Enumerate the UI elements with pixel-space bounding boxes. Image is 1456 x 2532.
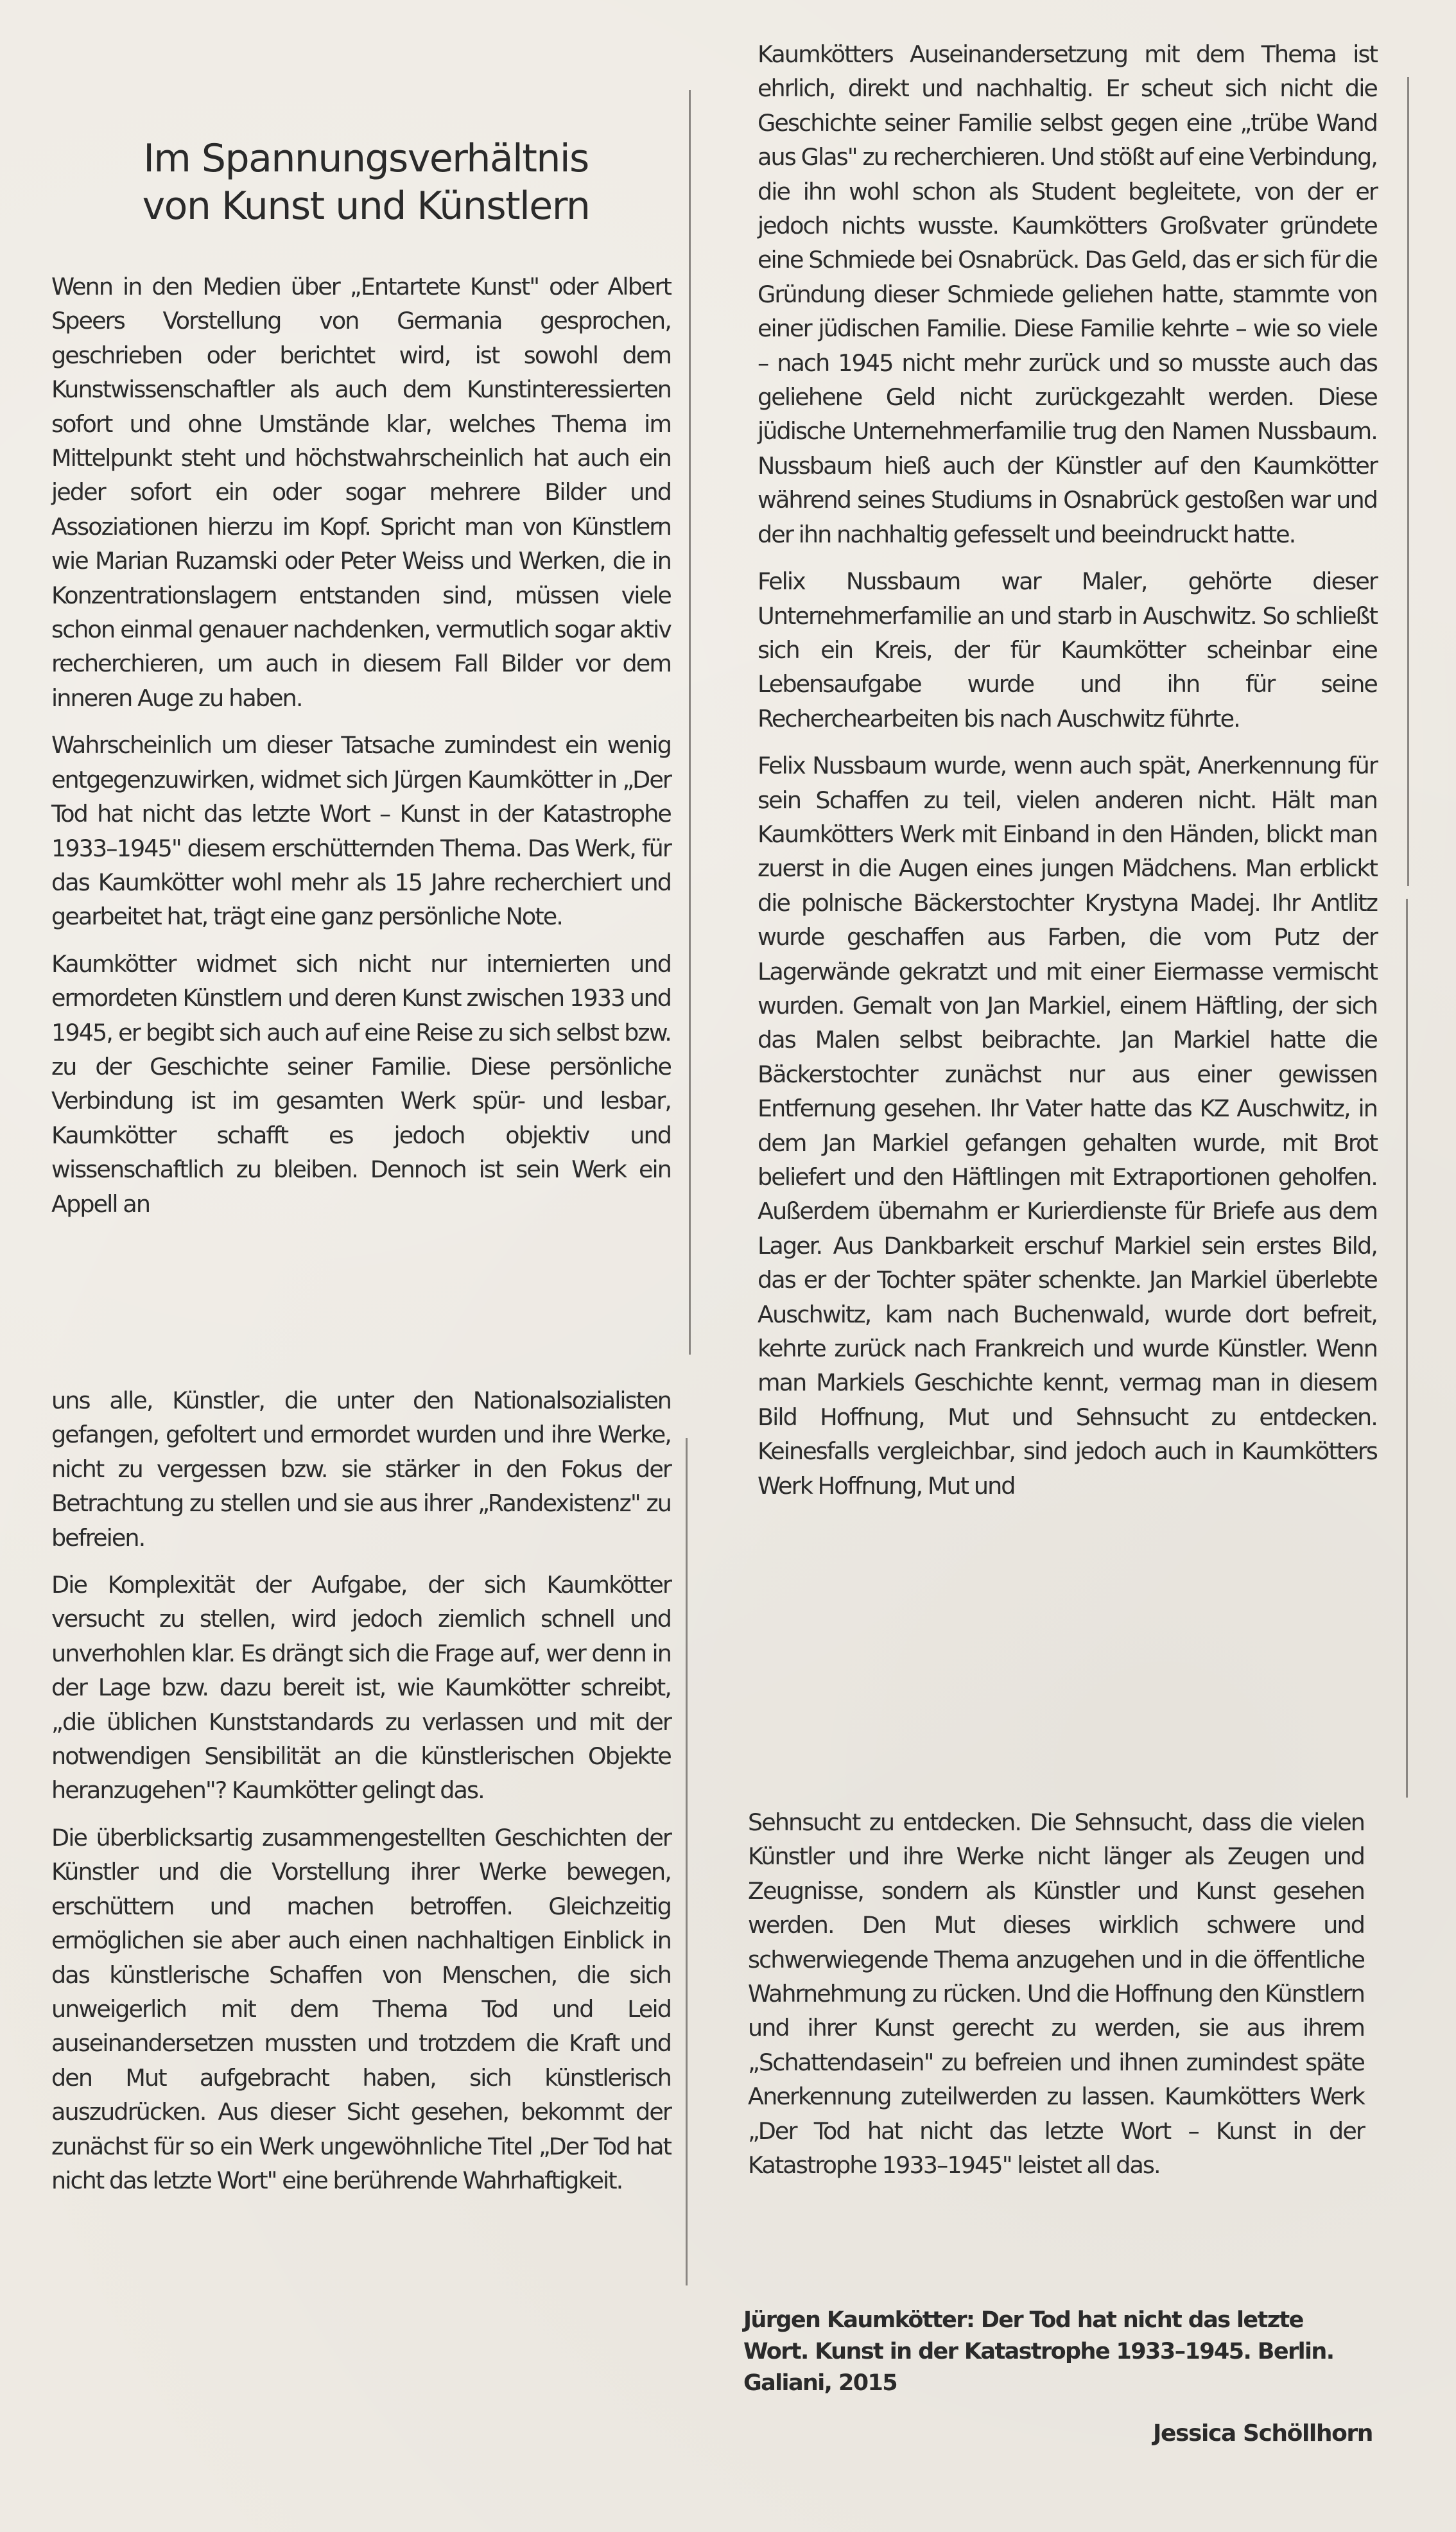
paragraph: Kaumkötter widmet sich nicht nur interni… [51, 947, 671, 1221]
text-column-right-lower: Sehnsucht zu entdecken. Die Sehnsucht, d… [748, 1805, 1364, 2195]
paragraph: Wenn in den Medien über „Entartete Kunst… [51, 270, 671, 715]
column-divider [689, 90, 691, 1355]
book-reference: Jürgen Kaumkötter: Der Tod hat nicht das… [743, 2305, 1360, 2399]
paragraph: Felix Nussbaum war Maler, gehörte dieser… [758, 564, 1377, 736]
column-divider [1406, 899, 1408, 1798]
paragraph: Felix Nussbaum wurde, wenn auch spät, An… [758, 749, 1377, 1503]
column-divider [686, 1438, 688, 2285]
column-divider [1407, 77, 1409, 886]
headline-line-2: von Kunst und Künstlern [143, 184, 590, 229]
text-column-left-lower: uns alle, Künstler, die unter den Nation… [51, 1383, 671, 2210]
author-byline: Jessica Schöllhorn [1153, 2420, 1373, 2447]
paragraph: Wahrscheinlich um dieser Tatsache zumind… [51, 728, 671, 933]
paragraph: Sehnsucht zu entdecken. Die Sehnsucht, d… [748, 1805, 1364, 2182]
newspaper-page: Im Spannungsverhältnis von Kunst und Kün… [0, 0, 1456, 2532]
text-column-left-upper: Wenn in den Medien über „Entartete Kunst… [51, 270, 671, 1234]
paragraph: Kaumkötters Auseinandersetzung mit dem T… [758, 37, 1377, 551]
article-headline: Im Spannungsverhältnis von Kunst und Kün… [77, 135, 655, 230]
headline-line-1: Im Spannungsverhältnis [143, 136, 589, 181]
text-column-right-upper: Kaumkötters Auseinandersetzung mit dem T… [758, 37, 1377, 1516]
paragraph: Die Komplexität der Aufgabe, der sich Ka… [51, 1568, 671, 1808]
paragraph: uns alle, Künstler, die unter den Nation… [51, 1383, 671, 1555]
paragraph: Die überblicksartig zusammengestellten G… [51, 1821, 671, 2198]
